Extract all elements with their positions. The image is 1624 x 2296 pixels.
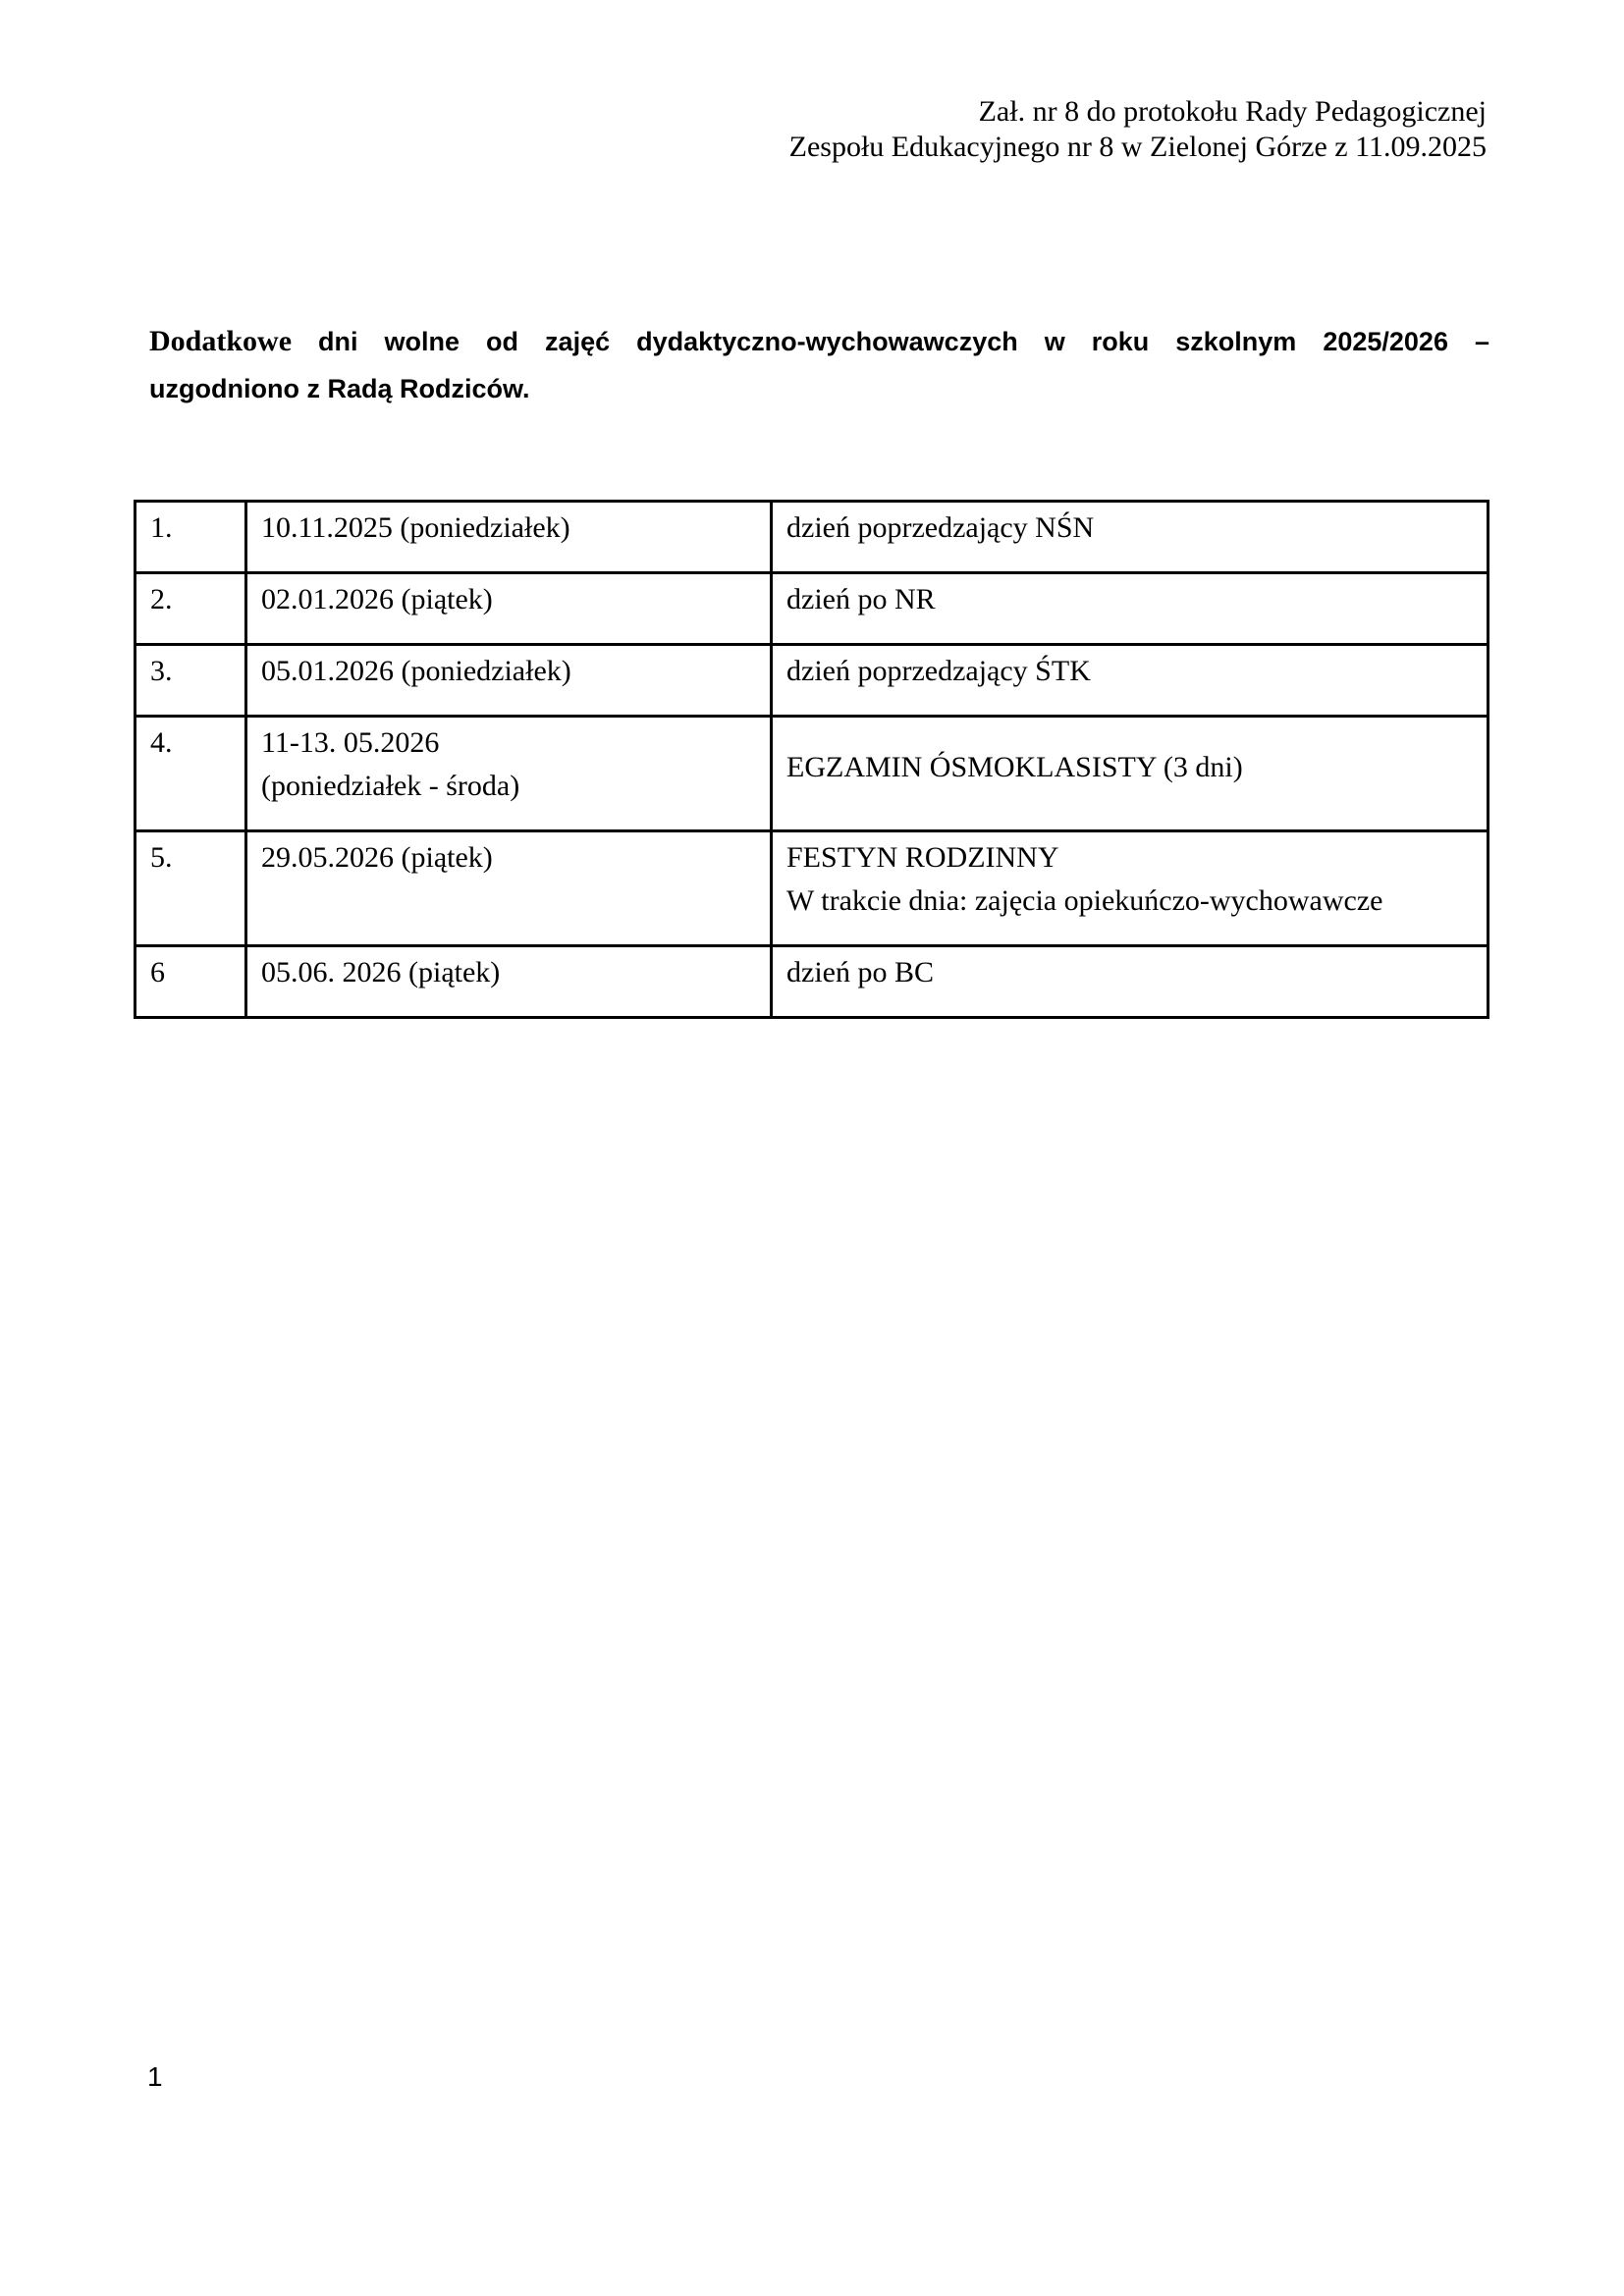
title-line-1-rest: dni wolne od zajęć dydaktyczno-wychowawc… <box>292 327 1489 356</box>
date-line: 11-13. 05.2026 <box>261 721 756 765</box>
row-number: 6 <box>135 946 246 1018</box>
description-line: EGZAMIN ÓSMOKLASISTY (3 dni) <box>786 746 1473 789</box>
title-line-2: uzgodniono z Radą Rodziców. <box>149 374 529 403</box>
date-line: 05.06. 2026 (piątek) <box>261 951 756 994</box>
table-row: 3. 05.01.2026 (poniedziałek) dzień poprz… <box>135 645 1489 717</box>
row-date: 10.11.2025 (poniedziałek) <box>246 502 772 573</box>
row-date: 11-13. 05.2026 (poniedziałek - środa) <box>246 717 772 831</box>
row-date: 05.01.2026 (poniedziałek) <box>246 645 772 717</box>
page-number: 1 <box>147 2061 163 2093</box>
date-line-2: (poniedziałek - środa) <box>261 765 756 808</box>
row-date: 29.05.2026 (piątek) <box>246 831 772 946</box>
row-number: 1. <box>135 502 246 573</box>
row-date: 05.06. 2026 (piątek) <box>246 946 772 1018</box>
row-number: 5. <box>135 831 246 946</box>
header-line-2: Zespołu Edukacyjnego nr 8 w Zielonej Gór… <box>789 130 1487 165</box>
table-row: 5. 29.05.2026 (piątek) FESTYN RODZINNY W… <box>135 831 1489 946</box>
row-number: 4. <box>135 717 246 831</box>
date-line: 29.05.2026 (piątek) <box>261 836 756 880</box>
title-line-1: Dodatkowe dni wolne od zajęć dydaktyczno… <box>149 318 1489 365</box>
row-date: 02.01.2026 (piątek) <box>246 573 772 645</box>
description-line-2: W trakcie dnia: zajęcia opiekuńczo-wycho… <box>786 880 1473 923</box>
row-number: 3. <box>135 645 246 717</box>
row-number: 2. <box>135 573 246 645</box>
row-description: dzień poprzedzający ŚTK <box>772 645 1489 717</box>
title-first-word: Dodatkowe <box>149 325 292 357</box>
description-line: FESTYN RODZINNY <box>786 836 1473 880</box>
date-line: 05.01.2026 (poniedziałek) <box>261 650 756 693</box>
description-line: dzień po BC <box>786 951 1473 994</box>
description-line: dzień poprzedzający NŚN <box>786 507 1473 550</box>
row-description: dzień po BC <box>772 946 1489 1018</box>
date-line: 02.01.2026 (piątek) <box>261 578 756 621</box>
table-row: 2. 02.01.2026 (piątek) dzień po NR <box>135 573 1489 645</box>
table-row: 4. 11-13. 05.2026 (poniedziałek - środa)… <box>135 717 1489 831</box>
row-description: dzień po NR <box>772 573 1489 645</box>
days-off-table: 1. 10.11.2025 (poniedziałek) dzień poprz… <box>134 500 1489 1019</box>
attachment-header: Zał. nr 8 do protokołu Rady Pedagogiczne… <box>789 94 1487 165</box>
row-description: dzień poprzedzający NŚN <box>772 502 1489 573</box>
document-title: Dodatkowe dni wolne od zajęć dydaktyczno… <box>149 318 1489 412</box>
description-line: dzień poprzedzający ŚTK <box>786 650 1473 693</box>
row-description: EGZAMIN ÓSMOKLASISTY (3 dni) <box>772 717 1489 831</box>
date-line: 10.11.2025 (poniedziałek) <box>261 507 756 550</box>
header-line-1: Zał. nr 8 do protokołu Rady Pedagogiczne… <box>789 94 1487 130</box>
table-row: 6 05.06. 2026 (piątek) dzień po BC <box>135 946 1489 1018</box>
description-line: dzień po NR <box>786 578 1473 621</box>
row-description: FESTYN RODZINNY W trakcie dnia: zajęcia … <box>772 831 1489 946</box>
table-row: 1. 10.11.2025 (poniedziałek) dzień poprz… <box>135 502 1489 573</box>
